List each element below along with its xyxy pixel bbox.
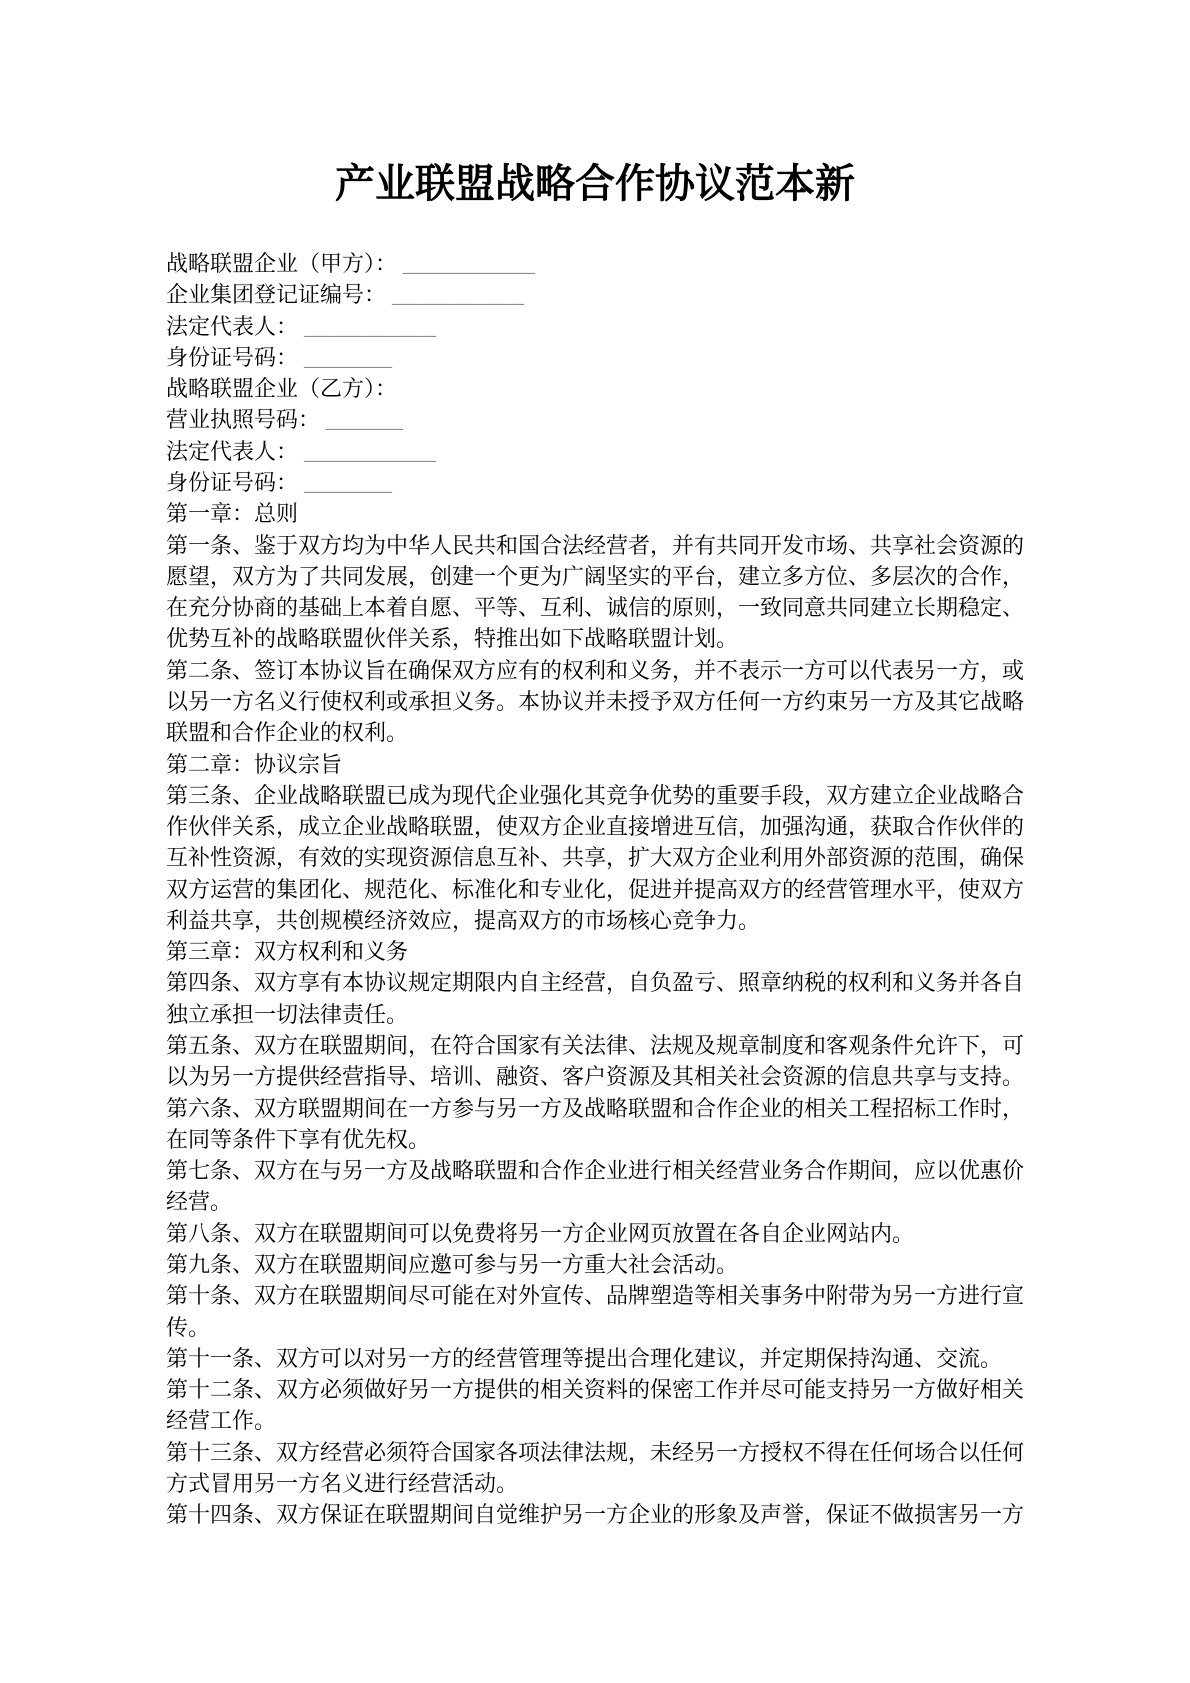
field-line-legal-rep-a: 法定代表人：____________ bbox=[166, 311, 1024, 342]
field-line-id-no-b: 身份证号码：________ bbox=[166, 467, 1024, 498]
field-line-party-b-name: 战略联盟企业（乙方）： bbox=[166, 373, 1024, 404]
field-label-registration-no: 企业集团登记证编号： bbox=[166, 282, 386, 307]
blank-underline-legal-rep-a: ____________ bbox=[298, 314, 436, 339]
document-page: 产业联盟战略合作协议范本新 战略联盟企业（甲方）：____________ 企业… bbox=[0, 0, 1190, 1683]
article-13: 第十三条、双方经营必须符合国家各项法律法规，未经另一方授权不得在任何场合以任何方… bbox=[166, 1437, 1024, 1500]
article-11: 第十一条、双方可以对另一方的经营管理等提出合理化建议，并定期保持沟通、交流。 bbox=[166, 1343, 1024, 1374]
blank-underline-party-a: ____________ bbox=[397, 251, 535, 276]
blank-underline-license-no-b: _______ bbox=[320, 407, 403, 432]
blank-underline-party-b bbox=[397, 376, 403, 401]
blank-underline-id-no-a: ________ bbox=[298, 345, 392, 370]
field-label-license-no-b: 营业执照号码： bbox=[166, 407, 320, 432]
chapter-2-heading: 第二章：协议宗旨 bbox=[166, 749, 1024, 780]
article-14: 第十四条、双方保证在联盟期间自觉维护另一方企业的形象及声誉，保证不做损害另一方 bbox=[166, 1499, 1024, 1530]
article-1: 第一条、鉴于双方均为中华人民共和国合法经营者，并有共同开发市场、共享社会资源的愿… bbox=[166, 530, 1024, 655]
field-label-id-no-a: 身份证号码： bbox=[166, 345, 298, 370]
article-4: 第四条、双方享有本协议规定期限内自主经营，自负盈亏、照章纳税的权利和义务并各自独… bbox=[166, 967, 1024, 1030]
article-5: 第五条、双方在联盟期间，在符合国家有关法律、法规及规章制度和客观条件允许下，可以… bbox=[166, 1030, 1024, 1093]
chapter-1-heading: 第一章：总则 bbox=[166, 498, 1024, 529]
blank-underline-registration-no: ____________ bbox=[386, 282, 524, 307]
field-label-party-a: 战略联盟企业（甲方）： bbox=[166, 251, 397, 276]
field-label-id-no-b: 身份证号码： bbox=[166, 470, 298, 495]
article-10: 第十条、双方在联盟期间尽可能在对外宣传、品牌塑造等相关事务中附带为另一方进行宣传… bbox=[166, 1280, 1024, 1343]
blank-underline-id-no-b: ________ bbox=[298, 470, 392, 495]
document-body: 战略联盟企业（甲方）：____________ 企业集团登记证编号：______… bbox=[166, 248, 1024, 1531]
field-line-party-a-name: 战略联盟企业（甲方）：____________ bbox=[166, 248, 1024, 279]
article-3: 第三条、企业战略联盟已成为现代企业强化其竞争优势的重要手段，双方建立企业战略合作… bbox=[166, 780, 1024, 936]
field-line-registration-no: 企业集团登记证编号：____________ bbox=[166, 279, 1024, 310]
field-label-legal-rep-b: 法定代表人： bbox=[166, 439, 298, 464]
article-6: 第六条、双方联盟期间在一方参与另一方及战略联盟和合作企业的相关工程招标工作时，在… bbox=[166, 1093, 1024, 1156]
field-line-legal-rep-b: 法定代表人：____________ bbox=[166, 436, 1024, 467]
document-title: 产业联盟战略合作协议范本新 bbox=[0, 158, 1190, 210]
article-12: 第十二条、双方必须做好另一方提供的相关资料的保密工作并尽可能支持另一方做好相关经… bbox=[166, 1374, 1024, 1437]
article-2: 第二条、签订本协议旨在确保双方应有的权利和义务，并不表示一方可以代表另一方，或以… bbox=[166, 655, 1024, 749]
article-8: 第八条、双方在联盟期间可以免费将另一方企业网页放置在各自企业网站内。 bbox=[166, 1218, 1024, 1249]
field-label-party-b: 战略联盟企业（乙方）： bbox=[166, 376, 397, 401]
field-label-legal-rep-a: 法定代表人： bbox=[166, 314, 298, 339]
article-9: 第九条、双方在联盟期间应邀可参与另一方重大社会活动。 bbox=[166, 1249, 1024, 1280]
field-line-license-no-b: 营业执照号码：_______ bbox=[166, 404, 1024, 435]
article-7: 第七条、双方在与另一方及战略联盟和合作企业进行相关经营业务合作期间，应以优惠价经… bbox=[166, 1155, 1024, 1218]
chapter-3-heading: 第三章：双方权利和义务 bbox=[166, 936, 1024, 967]
blank-underline-legal-rep-b: ____________ bbox=[298, 439, 436, 464]
field-line-id-no-a: 身份证号码：________ bbox=[166, 342, 1024, 373]
